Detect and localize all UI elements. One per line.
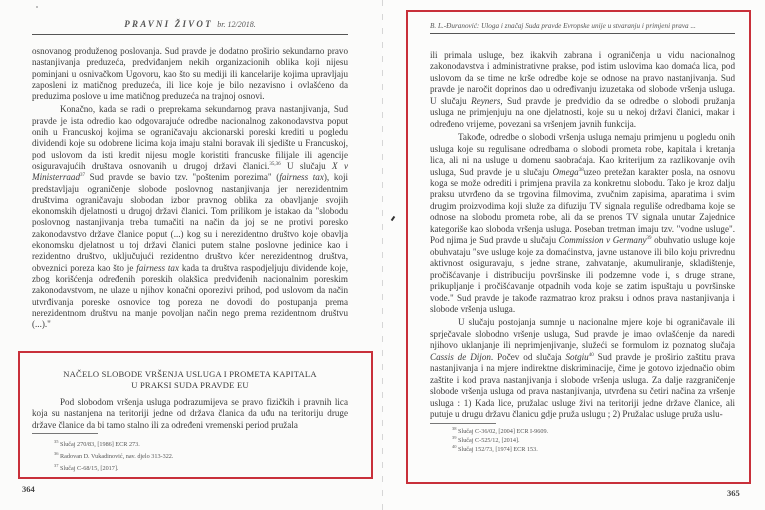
section-heading: NAČELO SLOBODE VRŠENJA USLUGA I PROMETA …	[32, 369, 348, 391]
right-page-number: 365	[727, 488, 740, 498]
footnote-38: 38 Slučaj C-36/02, [2004] ECR I-9609.	[430, 427, 735, 436]
right-paragraph-2: Takođe, odredbe o slobodi vršenja usluga…	[430, 132, 735, 315]
left-page-number: 364	[22, 484, 35, 494]
book-gutter	[382, 0, 383, 510]
journal-issue: br. 12/2018.	[217, 20, 255, 29]
right-running-head: B. L.-Đuranović: Uloga i značaj Suda pra…	[430, 22, 735, 30]
footnote-40: 40 Slučaj 152/73, [1974] ECR 153.	[430, 445, 735, 454]
footnote-39: 39 Slučaj C-525/12, [2014].	[430, 436, 735, 445]
left-footnotes: 35 Slučaj 270/83, [1986] ECR 273. 36 Rad…	[32, 437, 348, 473]
journal-title: PRAVNI ŽIVOT	[124, 19, 213, 29]
right-body-text: ili primala usluge, bez ikakvih zabrana …	[430, 50, 735, 454]
footnote-separator	[32, 433, 98, 434]
footnote-36: 36 Radovan D. Vukadinović, nav. djelo 31…	[32, 449, 348, 461]
scan-speck	[36, 6, 38, 8]
left-body-text: osnovanog produženog poslovanja. Sud pra…	[32, 46, 348, 332]
left-header-rule	[32, 34, 348, 35]
left-highlighted-section: NAČELO SLOBODE VRŠENJA USLUGA I PROMETA …	[32, 361, 348, 473]
left-running-head: PRAVNI ŽIVOT br. 12/2018.	[32, 19, 348, 29]
right-header-rule	[430, 33, 735, 34]
right-paragraph-1: ili primala usluge, bez ikakvih zabrana …	[430, 50, 735, 130]
section-paragraph: Pod slobodom vršenja usluga podrazumijev…	[32, 397, 348, 431]
left-paragraph-2: Konačno, kada se radi o preprekama sekun…	[32, 104, 348, 330]
footnote-37: 37 Slučaj C-68/15, [2017].	[32, 461, 348, 473]
section-paragraph-wrap: Pod slobodom vršenja usluga podrazumijev…	[32, 397, 348, 431]
right-paragraph-3: U slučaju postojanja sumnje u nacionalne…	[430, 317, 735, 420]
right-footnotes: 38 Slučaj C-36/02, [2004] ECR I-9609. 39…	[430, 427, 735, 454]
footnote-separator	[430, 423, 496, 424]
left-paragraph-1: osnovanog produženog poslovanja. Sud pra…	[32, 46, 348, 102]
footnote-35: 35 Slučaj 270/83, [1986] ECR 273.	[32, 437, 348, 449]
